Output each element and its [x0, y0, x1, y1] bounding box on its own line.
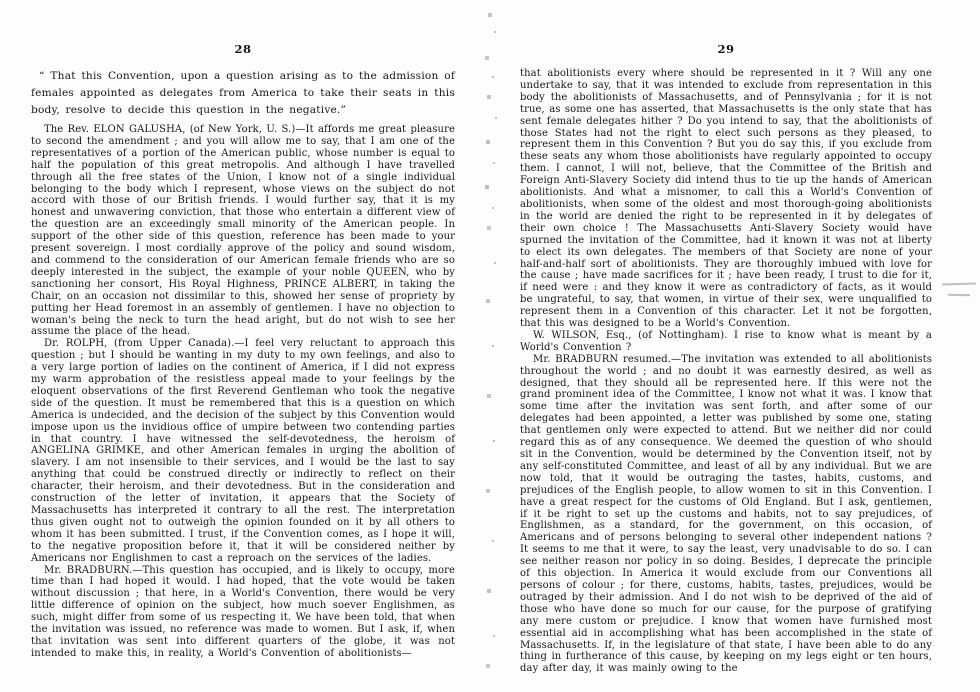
- scan-edge-smudge: [948, 294, 970, 296]
- page-29: 29 that abolitionists every where should…: [520, 0, 932, 692]
- page-number-left: 28: [31, 42, 455, 56]
- speech-paragraph-wilson: W. WILSON, Esq., (of Nottingham). I rise…: [520, 330, 932, 354]
- book-spread: 28 “ That this Convention, upon a questi…: [0, 0, 980, 692]
- speech-paragraph-bradburn-resumed: Mr. BRADBURN resumed.—The invitation was…: [520, 354, 932, 675]
- speech-paragraph-bradburn-continued: that abolitionists every where should be…: [520, 68, 932, 330]
- speech-paragraph-rolph: Dr. ROLPH, (from Upper Canada).—I feel v…: [31, 338, 455, 564]
- speech-paragraph-galusha: The Rev. ELON GALUSHA, (of New York, U. …: [31, 124, 455, 338]
- page-28: 28 “ That this Convention, upon a questi…: [31, 0, 455, 692]
- page-number-right: 29: [520, 42, 932, 56]
- scan-edge-smudge: [942, 283, 976, 286]
- scan-gutter-speckles: [0, 0, 2, 2]
- resolution-quote-paragraph: “ That this Convention, upon a question …: [31, 68, 455, 119]
- speech-paragraph-bradburn: Mr. BRADBURN.—This question has occupied…: [31, 565, 455, 660]
